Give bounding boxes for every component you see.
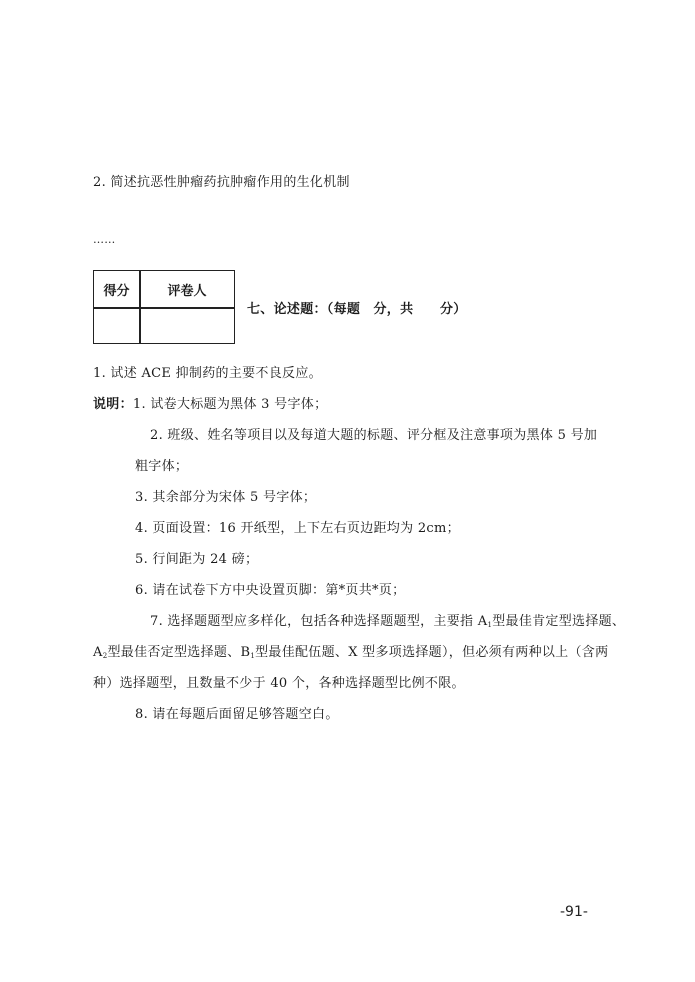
- score-field[interactable]: [94, 308, 139, 343]
- grader-field[interactable]: [140, 308, 234, 343]
- notes-item-2-line2: 粗字体；: [135, 459, 188, 475]
- score-header: 得分: [94, 271, 139, 307]
- item-7-text-a: 7. 选择题题型应多样化，包括各种选择题题型，主要指 A: [150, 614, 487, 629]
- notes-item-7-line3: 种）选择题型，且数量不少于 40 个，各种选择题型比例不限。: [93, 676, 465, 692]
- score-table: 得分 评卷人: [93, 270, 235, 344]
- notes-item-1-row: 说明：1. 试卷大标题为黑体 3 号字体；: [93, 397, 327, 413]
- notes-item-7-line1: 7. 选择题题型应多样化，包括各种选择题题型，主要指 A1型最佳肯定型选择题、: [150, 614, 625, 630]
- grader-header: 评卷人: [140, 271, 234, 307]
- item-7-text-c: A: [93, 645, 103, 660]
- item-7-text-b: 型最佳肯定型选择题、: [492, 614, 625, 629]
- notes-item-6: 6. 请在试卷下方中央设置页脚：第*页共*页；: [135, 583, 405, 599]
- essay-question-1: 1. 试述 ACE 抑制药的主要不良反应。: [93, 366, 322, 382]
- notes-item-8: 8. 请在每题后面留足够答题空白。: [135, 707, 339, 723]
- notes-item-2-line1: 2. 班级、姓名等项目以及每道大题的标题、评分框及注意事项为黑体 5 号加: [150, 428, 597, 444]
- notes-item-4: 4. 页面设置：16 开纸型，上下左右页边距均为 2cm；: [135, 521, 460, 537]
- notes-item-5: 5. 行间距为 24 磅；: [135, 552, 258, 568]
- notes-item-7-line2: A2型最佳否定型选择题、B1型最佳配伍题、X 型多项选择题），但必须有两种以上（…: [93, 645, 608, 661]
- notes-item-1: 1. 试卷大标题为黑体 3 号字体；: [133, 397, 327, 412]
- item-7-text-d: 型最佳否定型选择题、B: [107, 645, 250, 660]
- item-7-text-e: 型最佳配伍题、X 型多项选择题），但必须有两种以上（含两: [255, 645, 608, 660]
- section-title: 七、论述题：（每题 分，共 分）: [247, 302, 467, 318]
- question-2: 2. 简述抗恶性肿瘤药抗肿瘤作用的生化机制: [93, 175, 350, 191]
- notes-label: 说明：: [93, 397, 133, 412]
- page-number: -91-: [560, 904, 588, 920]
- notes-item-3: 3. 其余部分为宋体 5 号字体；: [135, 490, 316, 506]
- ellipsis: ……: [93, 232, 116, 248]
